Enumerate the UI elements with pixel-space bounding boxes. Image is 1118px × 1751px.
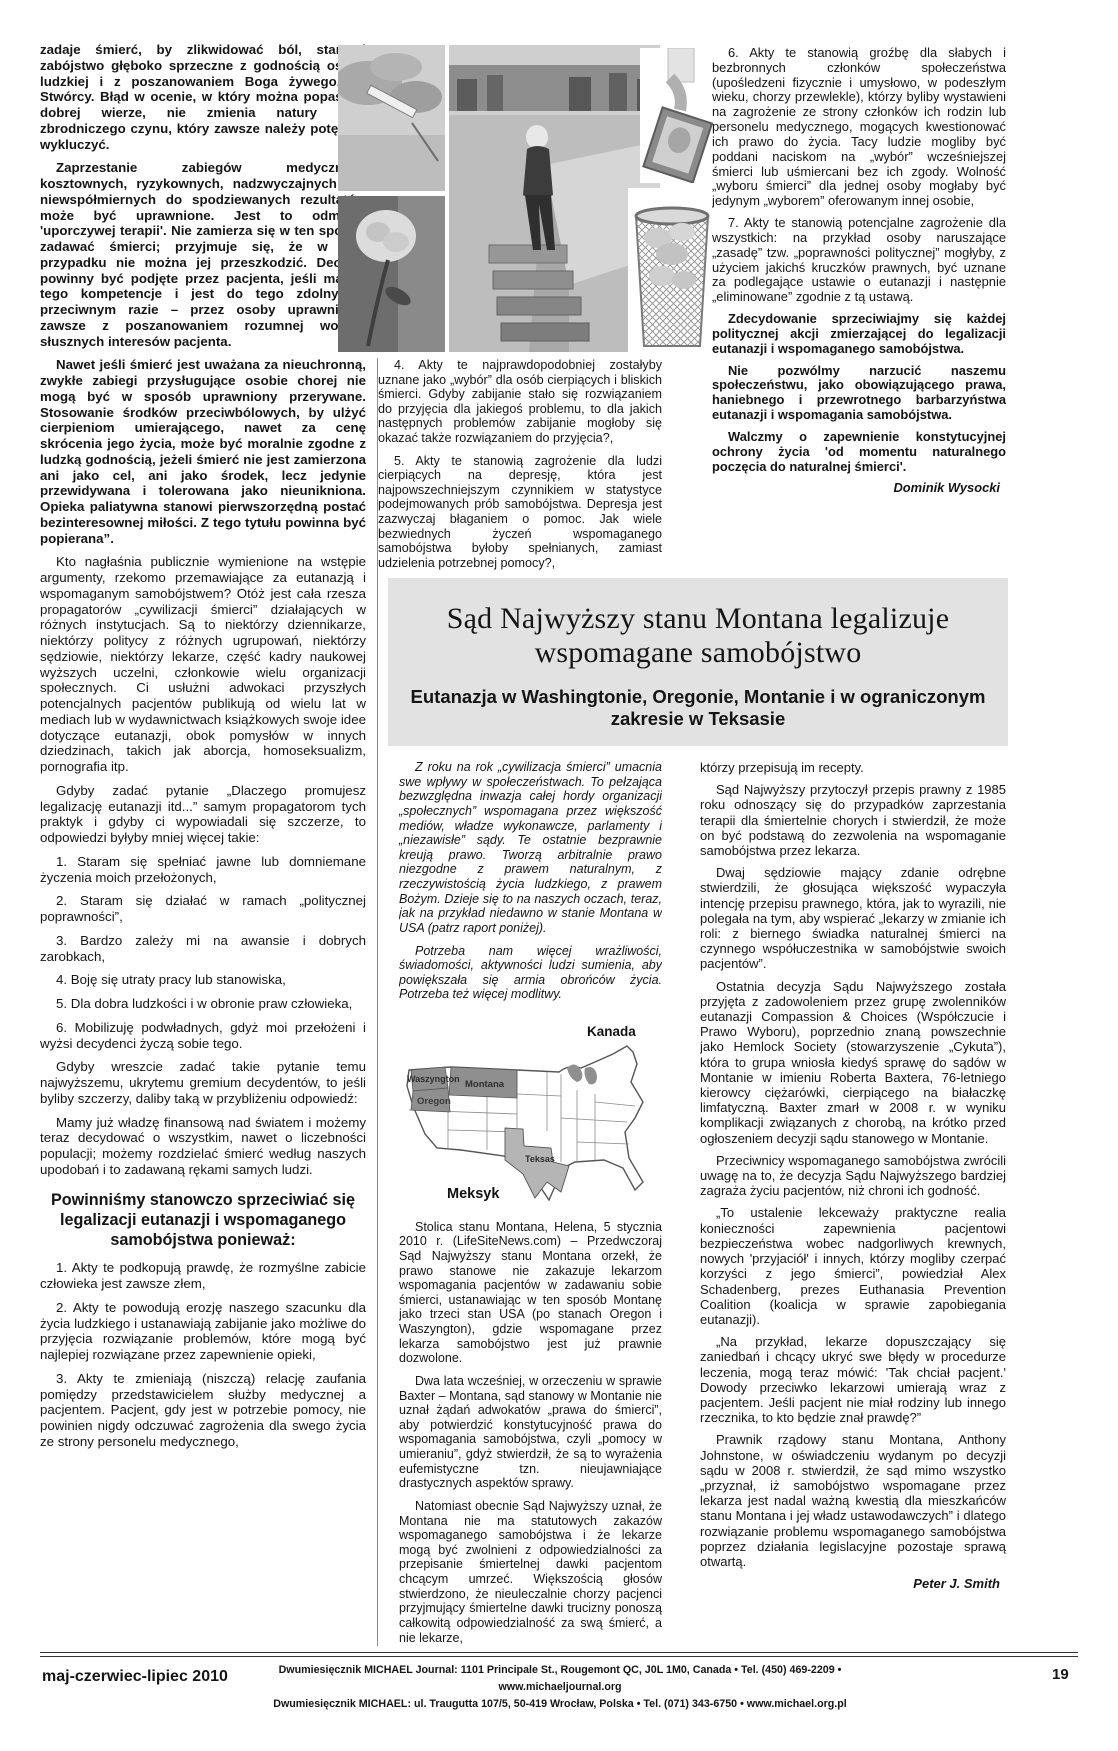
- paragraph: Mamy już władzę finansową nad światem i …: [40, 1115, 366, 1178]
- paragraph: „To ustalenie lekceważy praktyczne reali…: [700, 1205, 1006, 1327]
- paragraph: Sąd Najwyższy przytoczył przepis prawny …: [700, 782, 1006, 858]
- paragraph: Ostatnia decyzja Sądu Najwyższego został…: [700, 979, 1006, 1146]
- list-item: 7. Akty te stanowią potencjalne zagrożen…: [712, 216, 1006, 305]
- list-item: 2. Akty te powodują erozję naszego szacu…: [40, 1300, 366, 1363]
- byline: Dominik Wysocki: [712, 481, 1000, 496]
- paragraph: Gdyby zadać pytanie „Dlaczego promujesz …: [40, 783, 366, 846]
- footer-publisher-line: Dwumiesięcznik MICHAEL Journal: 1101 Pri…: [235, 1662, 885, 1696]
- list-item: 1. Staram się spełniać jawne lub domniem…: [40, 854, 366, 886]
- appeal-paragraph: Walczmy o zapewnienie konstytucyjnej och…: [712, 430, 1006, 474]
- paragraph: Przeciwnicy wspomaganego samobójstwa zwr…: [700, 1153, 1006, 1199]
- usa-map: Waszyngton Oregon Montana Teksas Kanada …: [399, 1010, 662, 1210]
- article-subhead: Eutanazja w Washingtonie, Oregonie, Mont…: [396, 686, 1000, 730]
- paragraph: Dwaj sędziowie mający zdanie odrębne stw…: [700, 865, 1006, 971]
- list-item: 2. Staram się działać w ramach „politycz…: [40, 893, 366, 925]
- paragraph: Prawnik rządowy stanu Montana, Anthony J…: [700, 1432, 1006, 1569]
- left-column: zadaje śmierć, by zlikwidować ból, stano…: [40, 42, 366, 1624]
- section-heading: Powinniśmy stanowczo sprzeciwiać się leg…: [42, 1190, 364, 1251]
- paragraph: Kto nagłaśnia publicznie wymienione na w…: [40, 554, 366, 775]
- paragraph: Stolica stanu Montana, Helena, 5 styczni…: [399, 1220, 662, 1366]
- map-label-mexico: Meksyk: [447, 1186, 500, 1202]
- list-item: 4. Boję się utraty pracy lub stanowiska,: [40, 972, 366, 988]
- list-item: 1. Akty te podkopują prawdę, że rozmyśln…: [40, 1260, 366, 1292]
- wastebasket-with-photos-photo: [628, 188, 716, 352]
- newspaper-page: zadaje śmierć, by zlikwidować ból, stano…: [0, 0, 1118, 1751]
- hands-with-syringe-photo: [338, 45, 445, 191]
- map-label-texas: Teksas: [525, 1154, 555, 1164]
- list-item: 6. Mobilizuję podwładnych, gdyż moi prze…: [40, 1020, 366, 1052]
- list-item: 3. Akty te zmieniają (niszczą) relację z…: [40, 1371, 366, 1450]
- paragraph: „Na przykład, lekarze dopuszczający się …: [700, 1334, 1006, 1425]
- paragraph: zadaje śmierć, by zlikwidować ból, stano…: [40, 42, 366, 152]
- map-label-canada: Kanada: [587, 1024, 636, 1039]
- middle-column: 4. Akty te najprawdopodobniej zostałyby …: [378, 358, 662, 572]
- list-item: 4. Akty te najprawdopodobniej zostałyby …: [378, 358, 662, 446]
- paragraph: Gdyby wreszcie zadać takie pytanie temu …: [40, 1059, 366, 1106]
- appeal-paragraph: Nie pozwólmy narzucić naszemu społeczeńs…: [712, 364, 1006, 423]
- map-label-washington: Waszyngton: [407, 1074, 460, 1084]
- column-rule: [377, 358, 378, 1646]
- list-item: 5. Akty te stanowią zagrożenie dla ludzi…: [378, 454, 662, 571]
- intro-paragraph: Potrzeba nam więcej wrażliwości, świadom…: [399, 944, 662, 1003]
- list-item: 3. Bardzo zależy mi na awansie i dobrych…: [40, 933, 366, 965]
- footer-issue-date: maj-czerwiec-lipiec 2010: [42, 1668, 228, 1686]
- list-item: 6. Akty te stanowią groźbę dla słabych i…: [712, 46, 1006, 209]
- article-headline-bar: Sąd Najwyższy stanu Montana legalizuje w…: [388, 578, 1008, 746]
- map-label-montana: Montana: [465, 1079, 505, 1090]
- list-item: 5. Dla dobra ludzkości i w obronie praw …: [40, 996, 366, 1012]
- paragraph: Nawet jeśli śmierć jest uważana za nieuc…: [40, 357, 366, 546]
- page-number: 19: [1052, 1666, 1069, 1683]
- article-column-2: którzy przepisują im recepty. Sąd Najwyż…: [700, 760, 1006, 1646]
- paragraph: którzy przepisują im recepty.: [700, 760, 1006, 775]
- article-headline: Sąd Najwyższy stanu Montana legalizuje w…: [398, 602, 998, 670]
- right-column: 6. Akty te stanowią groźbę dla słabych i…: [712, 46, 1006, 574]
- paragraph: Natomiast obecnie Sąd Najwyższy uznał, ż…: [399, 1499, 662, 1645]
- map-label-oregon: Oregon: [417, 1096, 451, 1107]
- article-column-1: Z roku na rok „cywilizacja śmierci” umac…: [399, 760, 662, 1646]
- footer-publisher-line: Dwumiesięcznik MICHAEL: ul. Traugutta 10…: [235, 1696, 885, 1713]
- byline: Peter J. Smith: [700, 1576, 1000, 1591]
- footer-publisher-info: Dwumiesięcznik MICHAEL Journal: 1101 Pri…: [235, 1662, 885, 1713]
- footer-rule: [40, 1652, 1078, 1657]
- paragraph: Dwa lata wcześniej, w orzeczeniu w spraw…: [399, 1374, 662, 1491]
- appeal-paragraph: Zdecydowanie sprzeciwiajmy się każdej po…: [712, 312, 1006, 356]
- intro-paragraph: Z roku na rok „cywilizacja śmierci” umac…: [399, 760, 662, 936]
- white-rose-photo: [338, 196, 445, 352]
- hand-discarding-framed-photo: [640, 48, 716, 183]
- paragraph: Zaprzestanie zabiegów medycznych kosztow…: [40, 160, 366, 349]
